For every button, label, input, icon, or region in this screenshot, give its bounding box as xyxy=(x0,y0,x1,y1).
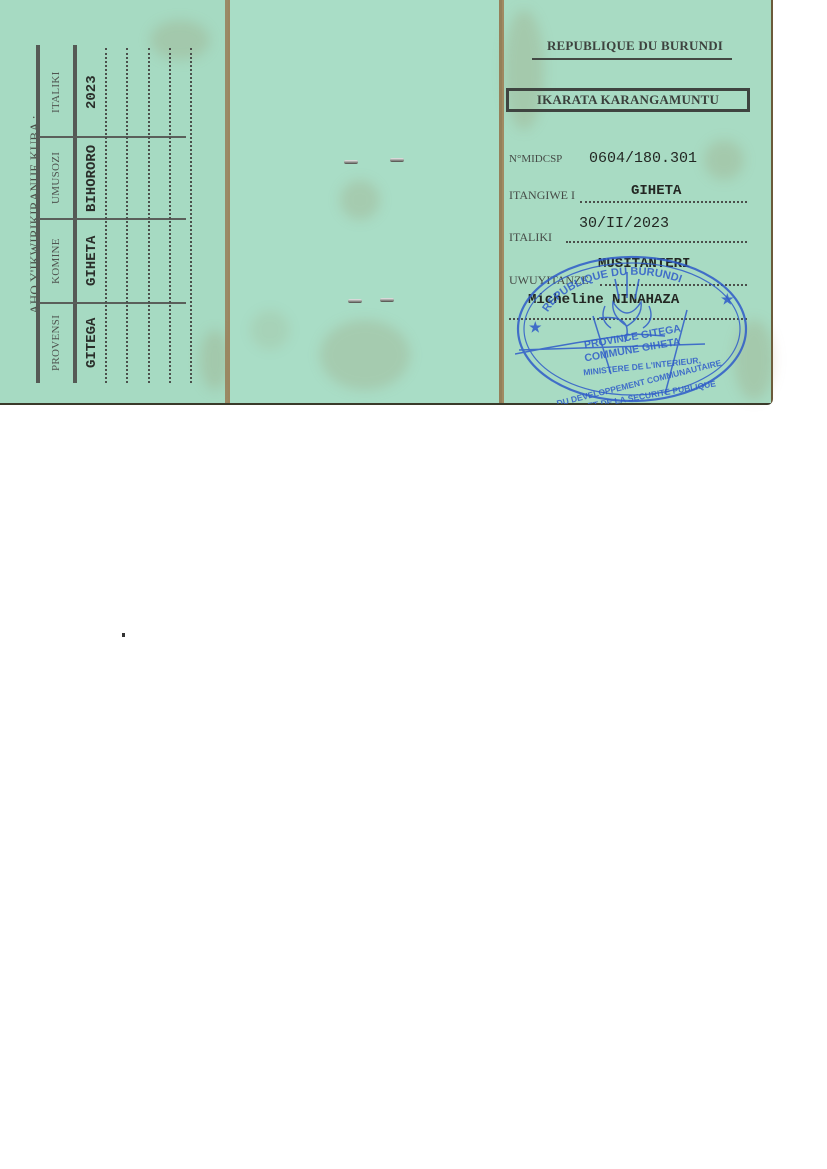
table-rule-header xyxy=(73,45,77,383)
column-header-komine: KOMINE xyxy=(42,220,70,302)
residence-register-panel: AHO Y'IKWIRIKIRANIJE KUBA : PROVENSI KOM… xyxy=(0,0,228,403)
date-line xyxy=(566,241,747,243)
dotted-row-line xyxy=(126,48,128,383)
staple-icon xyxy=(348,299,362,303)
issued-at-line xyxy=(580,201,747,203)
number-label: N°MIDCSP xyxy=(509,153,562,165)
dotted-row-line xyxy=(105,48,107,383)
country-heading: REPUBLIQUE DU BURUNDI xyxy=(532,38,738,54)
date-label: ITALIKI xyxy=(509,230,552,245)
staple-icon xyxy=(380,298,394,302)
column-header-umusozi: UMUSOZI xyxy=(42,138,70,218)
staple-icon xyxy=(390,158,404,162)
issuer-name: Micheline NINAHAZA xyxy=(528,292,679,308)
date-value: 30/II/2023 xyxy=(579,215,669,232)
staple-icon xyxy=(344,160,358,164)
issuer-label: UWUYITANZE xyxy=(509,273,589,288)
column-header-italiki: ITALIKI xyxy=(42,48,70,136)
column-header-provensi: PROVENSI xyxy=(42,304,70,382)
issuer-line xyxy=(600,284,747,286)
residence-table: AHO Y'IKWIRIKIRANIJE KUBA : PROVENSI KOM… xyxy=(20,40,200,390)
dotted-row-line xyxy=(190,48,192,383)
cell-komine: GIHETA xyxy=(78,220,106,302)
card-title: IKARATA KARANGAMUNTU xyxy=(506,88,750,112)
scan-speck xyxy=(122,633,125,637)
cell-umusozi: BIHORORO xyxy=(78,138,106,218)
heading-underline xyxy=(532,58,732,60)
issued-at-label: ITANGIWE I xyxy=(509,188,575,203)
signature-line xyxy=(509,318,747,320)
cell-italiki: 2023 xyxy=(78,48,106,136)
blank-middle-panel xyxy=(228,0,502,403)
table-rule-left xyxy=(36,45,40,383)
dotted-row-line xyxy=(169,48,171,383)
cell-provensi: GITEGA xyxy=(78,304,106,382)
issuer-title: MUSITANTERI xyxy=(598,256,690,272)
number-value: 0604/180.301 xyxy=(589,150,697,167)
dotted-row-line xyxy=(148,48,150,383)
issued-at-value: GIHETA xyxy=(631,183,681,199)
